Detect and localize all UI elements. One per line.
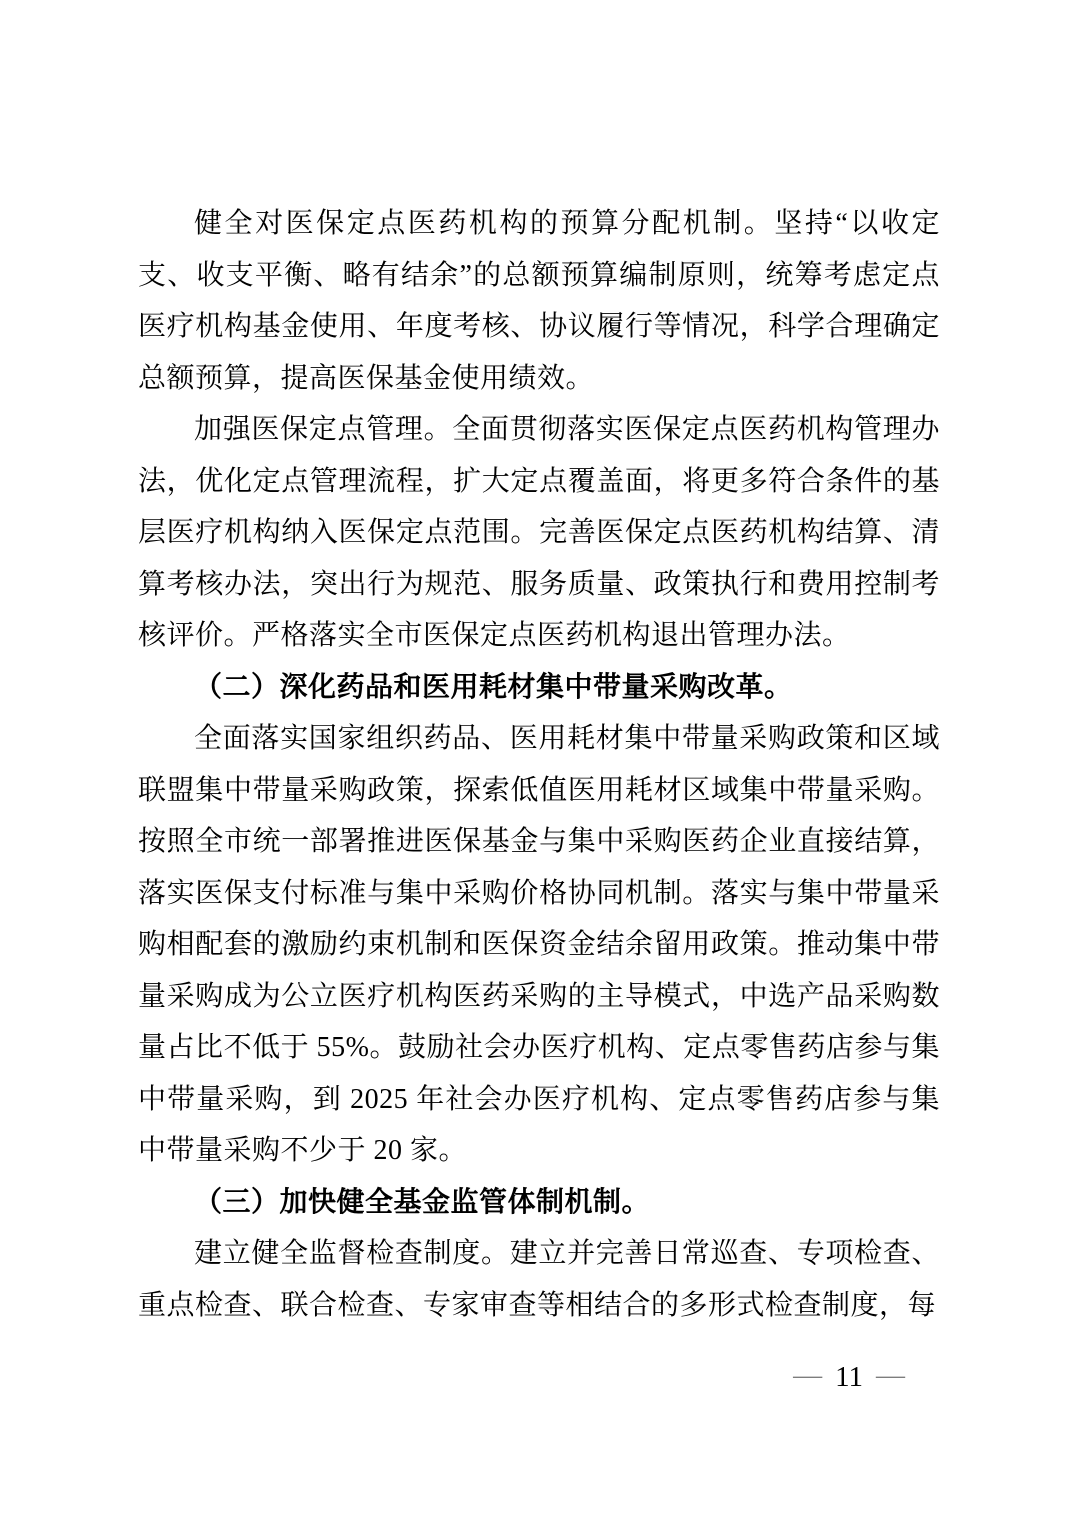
paragraph: 建立健全监督检查制度。建立并完善日常巡查、专项检查、重点检查、联合检查、专家审查…	[138, 1228, 940, 1331]
paragraph: 加强医保定点管理。全面贯彻落实医保定点医药机构管理办法，优化定点管理流程，扩大定…	[138, 404, 940, 662]
document-body: 健全对医保定点医药机构的预算分配机制。坚持“以收定支、收支平衡、略有结余”的总额…	[138, 198, 940, 1331]
page-number-dash-left: —	[793, 1360, 822, 1390]
section-heading-3: （三）加快健全基金监管体制机制。	[138, 1177, 940, 1229]
page-number: — 11 —	[793, 1362, 905, 1392]
page-number-dash-right: —	[876, 1360, 905, 1390]
section-heading-2: （二）深化药品和医用耗材集中带量采购改革。	[138, 662, 940, 714]
paragraph: 健全对医保定点医药机构的预算分配机制。坚持“以收定支、收支平衡、略有结余”的总额…	[138, 198, 940, 404]
page-number-value: 11	[835, 1362, 863, 1392]
document-page: 健全对医保定点医药机构的预算分配机制。坚持“以收定支、收支平衡、略有结余”的总额…	[0, 0, 1074, 1520]
paragraph: 全面落实国家组织药品、医用耗材集中带量采购政策和区域联盟集中带量采购政策，探索低…	[138, 713, 940, 1177]
